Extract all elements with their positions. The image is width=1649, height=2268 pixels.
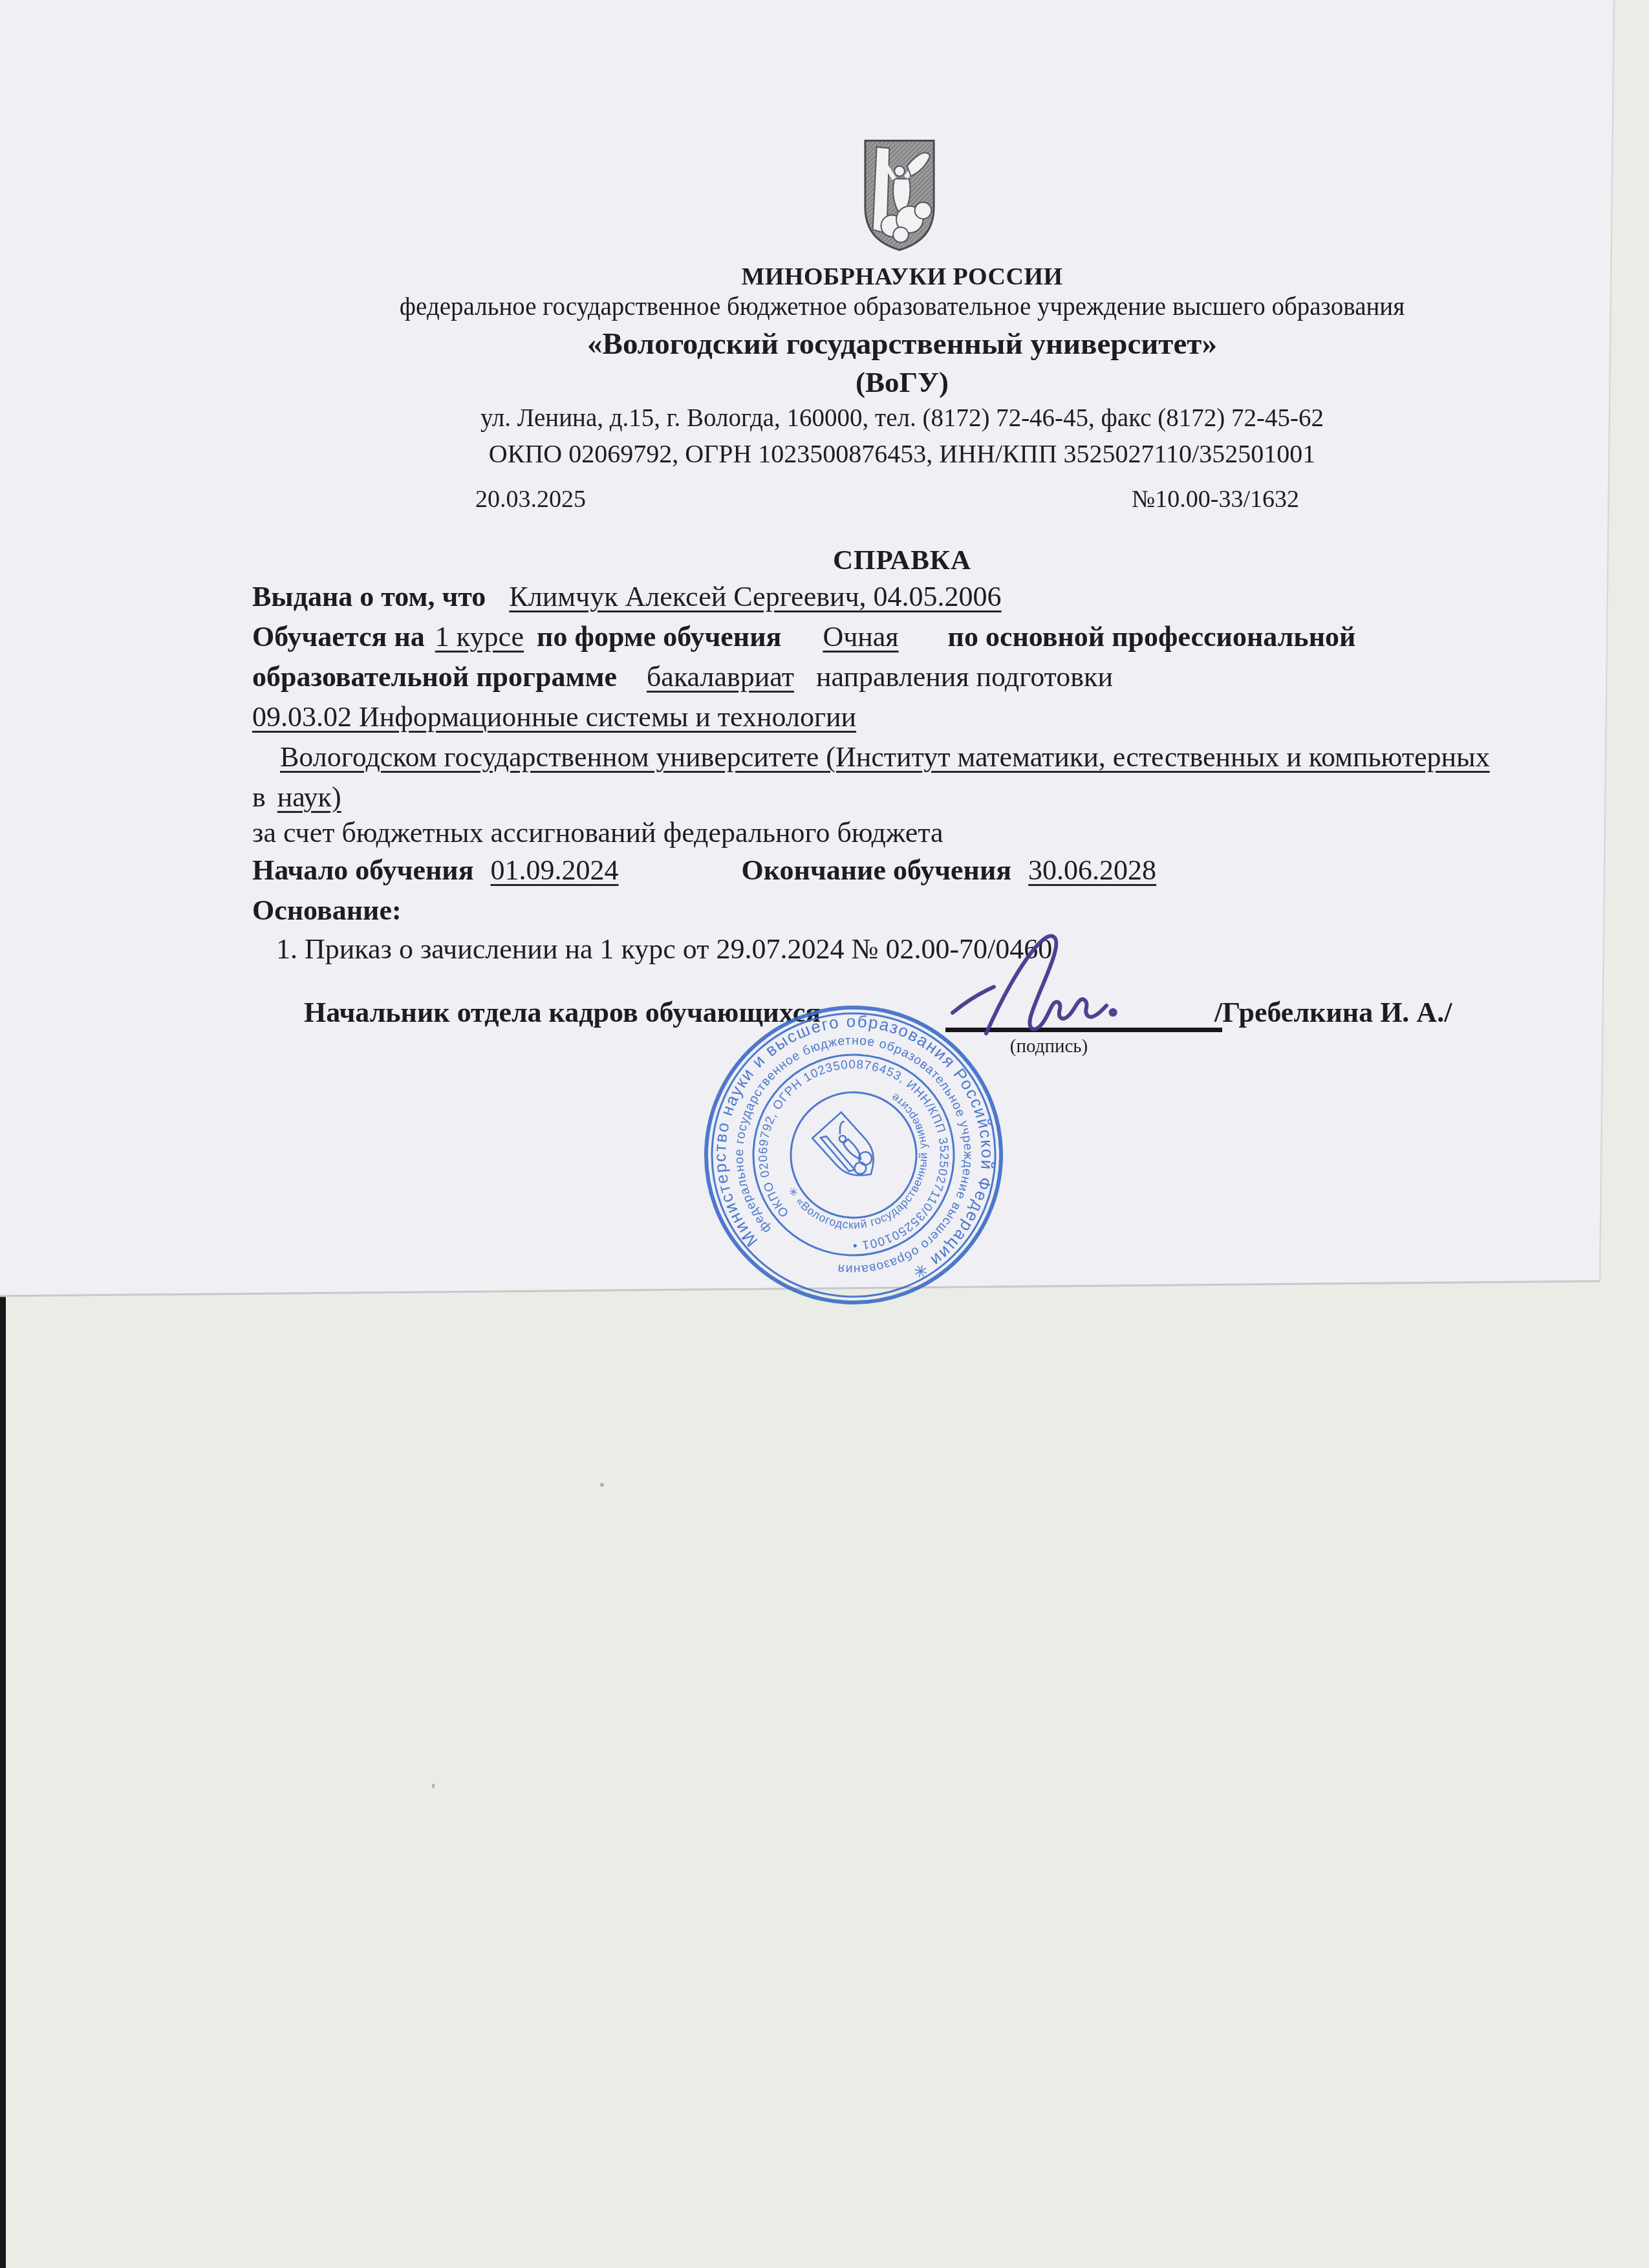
scanned-certificate-page: { "page": { "top_sheet_color": "#efeff4"… bbox=[0, 0, 1649, 2268]
document-date: 20.03.2025 bbox=[475, 485, 586, 513]
university-study-line-2: внаук) bbox=[252, 781, 341, 814]
registration-codes-line: ОКПО 02069792, ОГРН 1023500876453, ИНН/К… bbox=[320, 438, 1484, 469]
form-label: по форме обучения bbox=[537, 621, 781, 653]
signatory-name: /Гребелкина И. А./ bbox=[1214, 996, 1452, 1029]
study-line: Обучается на1 курсепо форме обученияОчна… bbox=[252, 620, 1355, 653]
in-prefix: в bbox=[252, 781, 266, 813]
start-label: Начало обучения bbox=[252, 854, 474, 886]
end-label: Окончание обучения bbox=[742, 854, 1012, 886]
student-name: Климчук Алексей Сергеевич, 04.05.2006 bbox=[509, 581, 1001, 612]
university-name: «Вологодский государственный университет… bbox=[320, 327, 1484, 362]
document-title: СПРАВКА bbox=[320, 545, 1484, 576]
form-value: Очная bbox=[823, 621, 898, 653]
program-label-2: образовательной программе bbox=[252, 661, 617, 693]
basis-label-line: Основание: bbox=[252, 894, 402, 927]
direction-label: направления подготовки bbox=[816, 661, 1113, 693]
course-value: 1 курсе bbox=[435, 621, 524, 653]
study-period-line: Начало обучения01.09.2024Окончание обуче… bbox=[252, 854, 1156, 887]
program-line: образовательной программебакалавриатнапр… bbox=[252, 660, 1113, 693]
specialty-line: 09.03.02 Информационные системы и технол… bbox=[252, 700, 856, 733]
university-study-line: Вологодском государственном университете… bbox=[280, 740, 1490, 773]
handwritten-signature bbox=[941, 930, 1187, 1059]
program-label-1: по основной профессиональной bbox=[948, 621, 1356, 653]
issued-to-line: Выдана о том, чтоКлимчук Алексей Сергеев… bbox=[252, 580, 1002, 613]
basis-label: Основание: bbox=[252, 894, 402, 926]
funding-line: за счет бюджетных ассигнований федеральн… bbox=[252, 816, 943, 849]
university-study-text-2: наук) bbox=[277, 781, 341, 813]
university-study-text: Вологодском государственном университете… bbox=[280, 741, 1490, 773]
end-date: 30.06.2028 bbox=[1028, 854, 1156, 886]
university-abbr: (ВоГУ) bbox=[320, 365, 1484, 399]
start-date: 01.09.2024 bbox=[491, 854, 619, 886]
document-number: №10.00-33/1632 bbox=[1132, 485, 1299, 513]
stamp-emblem-icon bbox=[812, 1112, 885, 1187]
address-line: ул. Ленина, д.15, г. Вологда, 160000, те… bbox=[320, 404, 1484, 433]
degree-value: бакалавриат bbox=[647, 661, 794, 693]
study-label: Обучается на bbox=[252, 621, 425, 653]
ministry-name: МИНОБРНАУКИ РОССИИ bbox=[320, 263, 1484, 291]
issued-label: Выдана о том, что bbox=[252, 581, 486, 612]
org-type-line: федеральное государственное бюджетное об… bbox=[320, 292, 1484, 321]
basis-item-line: 1. Приказ о зачислении на 1 курс от 29.0… bbox=[276, 933, 1052, 966]
specialty-value: 09.03.02 Информационные системы и технол… bbox=[252, 701, 856, 733]
